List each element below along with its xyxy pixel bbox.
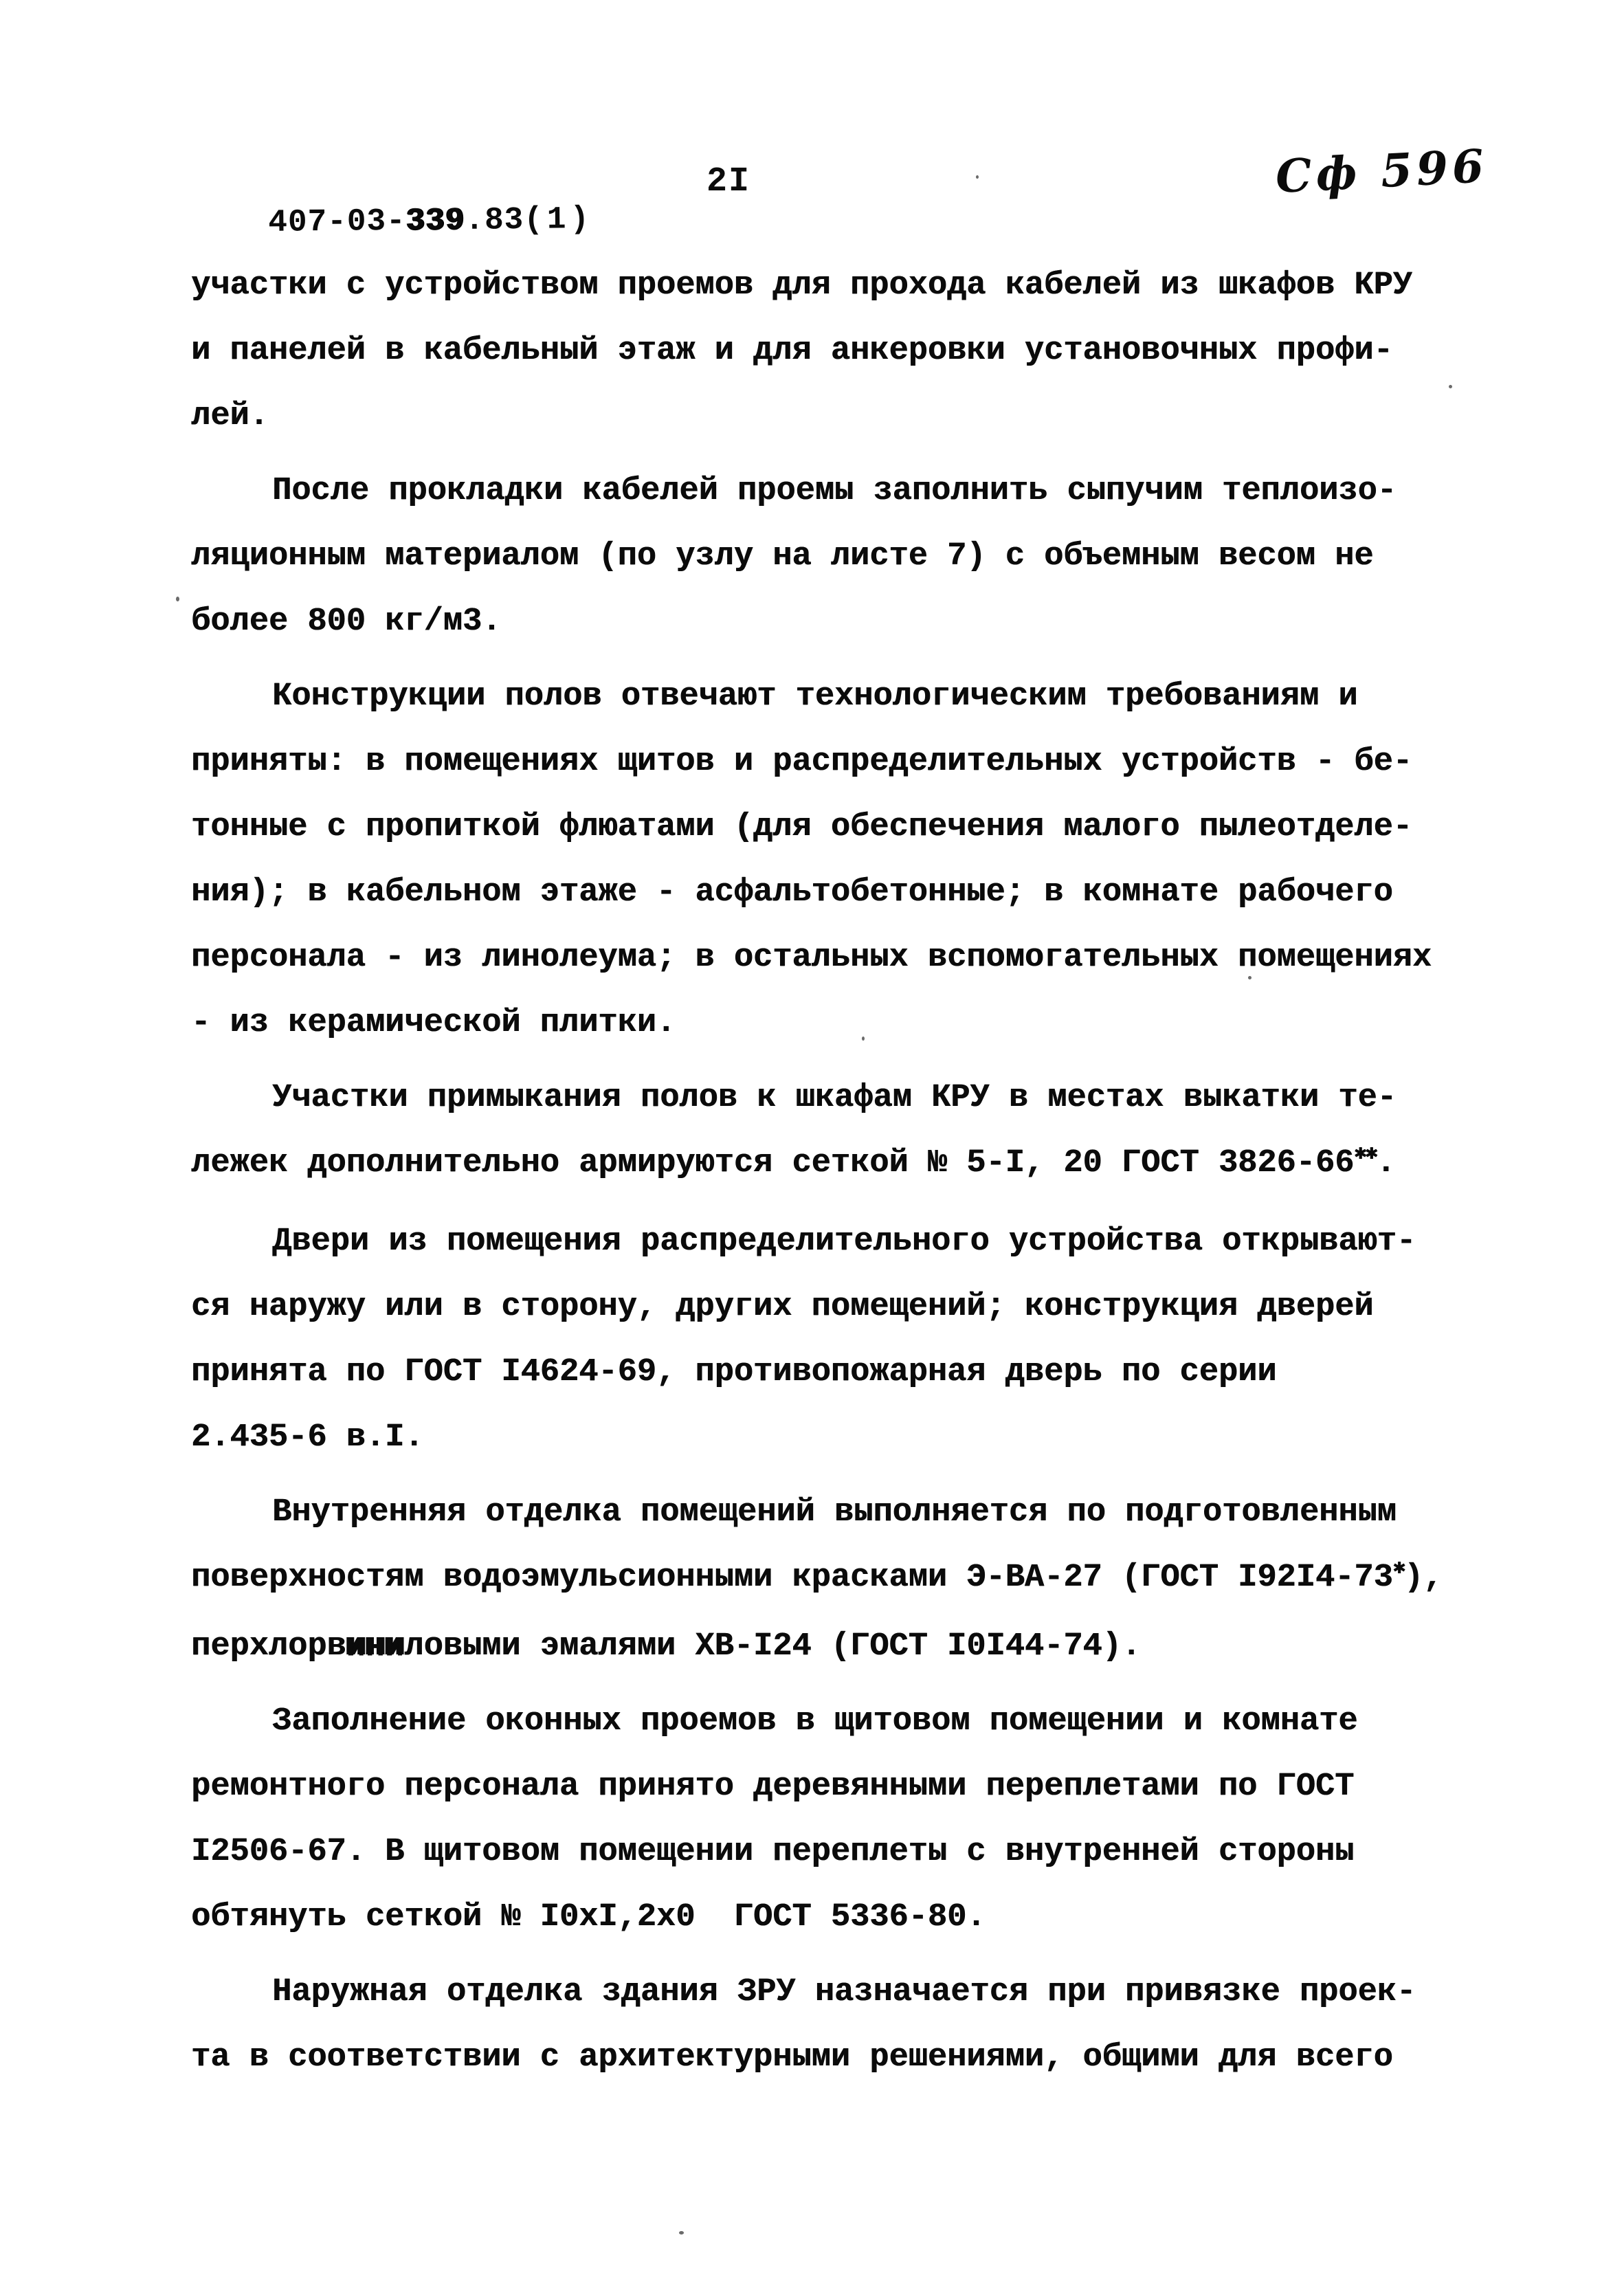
scan-speck	[1128, 1782, 1132, 1785]
text-segment: Заполнение оконных проемов в щитовом пом…	[272, 1703, 1357, 1740]
text-segment: Участки примыкания полов к шкафам КРУ в …	[272, 1080, 1397, 1116]
text-line: лей.	[191, 384, 1469, 449]
text-segment: ремонтного персонала принято деревянными…	[191, 1768, 1354, 1805]
text-segment: участки с устройством проемов для проход…	[191, 267, 1412, 304]
text-line: приняты: в помещениях щитов и распредели…	[191, 729, 1469, 795]
paragraph: Конструкции полов отвечают технологическ…	[191, 664, 1469, 1056]
text-segment: обтянуть сеткой № I0хI,2х0 ГОСТ 5336-80.	[191, 1899, 986, 1936]
text-line: Двери из помещения распределительного ус…	[191, 1209, 1469, 1274]
footnote-mark: ✱	[1393, 1557, 1404, 1580]
text-segment: поверхностям водоэмульсионными красками …	[191, 1560, 1393, 1596]
text-segment: Наружная отделка здания ЗРУ назначается …	[272, 1974, 1416, 2010]
document-number-suffix: .83	[465, 202, 524, 239]
text-line: Внутренняя отделка помещений выполняется…	[191, 1480, 1469, 1545]
text-segment: .	[1376, 1145, 1395, 1182]
document-number-prefix: 407-03-	[268, 203, 406, 241]
text-line: Участки примыкания полов к шкафам КРУ в …	[191, 1065, 1469, 1131]
text-line: После прокладки кабелей проемы заполнить…	[191, 458, 1469, 524]
body-text: участки с устройством проемов для проход…	[191, 253, 1469, 2100]
text-line: та в соответствии с архитектурными решен…	[191, 2025, 1469, 2090]
text-line: Наружная отделка здания ЗРУ назначается …	[191, 1960, 1469, 2025]
footnote-mark: ✱✱	[1354, 1142, 1376, 1166]
text-segment: Внутренняя отделка помещений выполняется…	[272, 1494, 1397, 1531]
text-segment: ини	[346, 1628, 405, 1665]
text-segment: ляционным материалом (по узлу на листе 7…	[191, 538, 1373, 575]
scan-speck	[1449, 385, 1452, 388]
text-line: ляционным материалом (по узлу на листе 7…	[191, 524, 1469, 589]
text-segment: и панелей в кабельный этаж и для анкеров…	[191, 333, 1393, 369]
text-line: ся наружу или в сторону, других помещени…	[191, 1274, 1469, 1340]
text-line: - из керамической плитки.	[191, 990, 1469, 1056]
document-number-copy: (1)	[524, 201, 593, 238]
text-segment: лежек дополнительно армируются сеткой № …	[191, 1145, 1354, 1182]
handwritten-mark: Сф 596	[1274, 139, 1489, 203]
text-line: лежек дополнительно армируются сеткой № …	[191, 1131, 1469, 1199]
text-segment: тонные с пропиткой флюатами (для обеспеч…	[191, 809, 1412, 845]
text-segment: перхлорв	[191, 1628, 346, 1665]
scan-speck	[1248, 976, 1252, 979]
page-number: 2I	[707, 162, 750, 201]
paragraph: Заполнение оконных проемов в щитовом пом…	[191, 1689, 1469, 1950]
text-line: Конструкции полов отвечают технологическ…	[191, 664, 1469, 729]
paragraph: Внутренняя отделка помещений выполняется…	[191, 1480, 1469, 1679]
text-segment: После прокладки кабелей проемы заполнить…	[272, 473, 1397, 509]
paragraph: Участки примыкания полов к шкафам КРУ в …	[191, 1065, 1469, 1199]
text-line: ния); в кабельном этаже - асфальтобетонн…	[191, 860, 1469, 925]
paragraph: участки с устройством проемов для проход…	[191, 253, 1469, 449]
text-segment: персонала - из линолеума; в остальных вс…	[191, 940, 1432, 976]
scan-speck	[976, 175, 979, 179]
paragraph: После прокладки кабелей проемы заполнить…	[191, 458, 1469, 654]
scan-speck	[176, 597, 179, 601]
text-segment: ловыми эмалями ХВ-I24 (ГОСТ I0I44-74).	[404, 1628, 1141, 1665]
text-segment: ся наружу или в сторону, других помещени…	[191, 1289, 1373, 1325]
text-segment: лей.	[191, 398, 269, 434]
text-line: принята по ГОСТ I4624-69, противопожарна…	[191, 1340, 1469, 1405]
text-segment: I2506-67. В щитовом помещении переплеты …	[191, 1834, 1354, 1870]
text-line: поверхностям водоэмульсионными красками …	[191, 1545, 1469, 1614]
document-number-overtyped: 339	[405, 203, 465, 239]
text-segment: Двери из помещения распределительного ус…	[272, 1223, 1416, 1260]
text-segment: 2.435-6 в.I.	[191, 1419, 423, 1456]
text-segment: более 800 кг/м3.	[191, 603, 501, 640]
text-line: персонала - из линолеума; в остальных вс…	[191, 925, 1469, 990]
scan-speck	[1031, 487, 1035, 491]
text-line: обтянуть сеткой № I0хI,2х0 ГОСТ 5336-80.	[191, 1885, 1469, 1950]
text-line: тонные с пропиткой флюатами (для обеспеч…	[191, 795, 1469, 860]
scan-speck	[679, 2231, 684, 2235]
text-segment: приняты: в помещениях щитов и распредели…	[191, 744, 1412, 780]
text-line: Заполнение оконных проемов в щитовом пом…	[191, 1689, 1469, 1754]
text-line: 2.435-6 в.I.	[191, 1405, 1469, 1470]
paragraph: Наружная отделка здания ЗРУ назначается …	[191, 1960, 1469, 2090]
paragraph: Двери из помещения распределительного ус…	[191, 1209, 1469, 1470]
document-page: 407-03-339.83(1) 2I Сф 596 участки с уст…	[0, 0, 1624, 2273]
text-segment: ния); в кабельном этаже - асфальтобетонн…	[191, 874, 1393, 911]
text-segment: - из керамической плитки.	[191, 1005, 676, 1041]
text-segment: принята по ГОСТ I4624-69, противопожарна…	[191, 1354, 1276, 1390]
text-line: и панелей в кабельный этаж и для анкеров…	[191, 318, 1469, 384]
text-segment: Конструкции полов отвечают технологическ…	[272, 678, 1357, 715]
scan-speck	[862, 1036, 865, 1041]
text-line: участки с устройством проемов для проход…	[191, 253, 1469, 318]
text-line: более 800 кг/м3.	[191, 589, 1469, 654]
text-line: I2506-67. В щитовом помещении переплеты …	[191, 1819, 1469, 1885]
text-line: ремонтного персонала принято деревянными…	[191, 1754, 1469, 1819]
text-segment: ),	[1404, 1560, 1443, 1596]
text-segment: та в соответствии с архитектурными решен…	[191, 2039, 1393, 2076]
text-line: перхлорвиниловыми эмалями ХВ-I24 (ГОСТ I…	[191, 1614, 1469, 1679]
